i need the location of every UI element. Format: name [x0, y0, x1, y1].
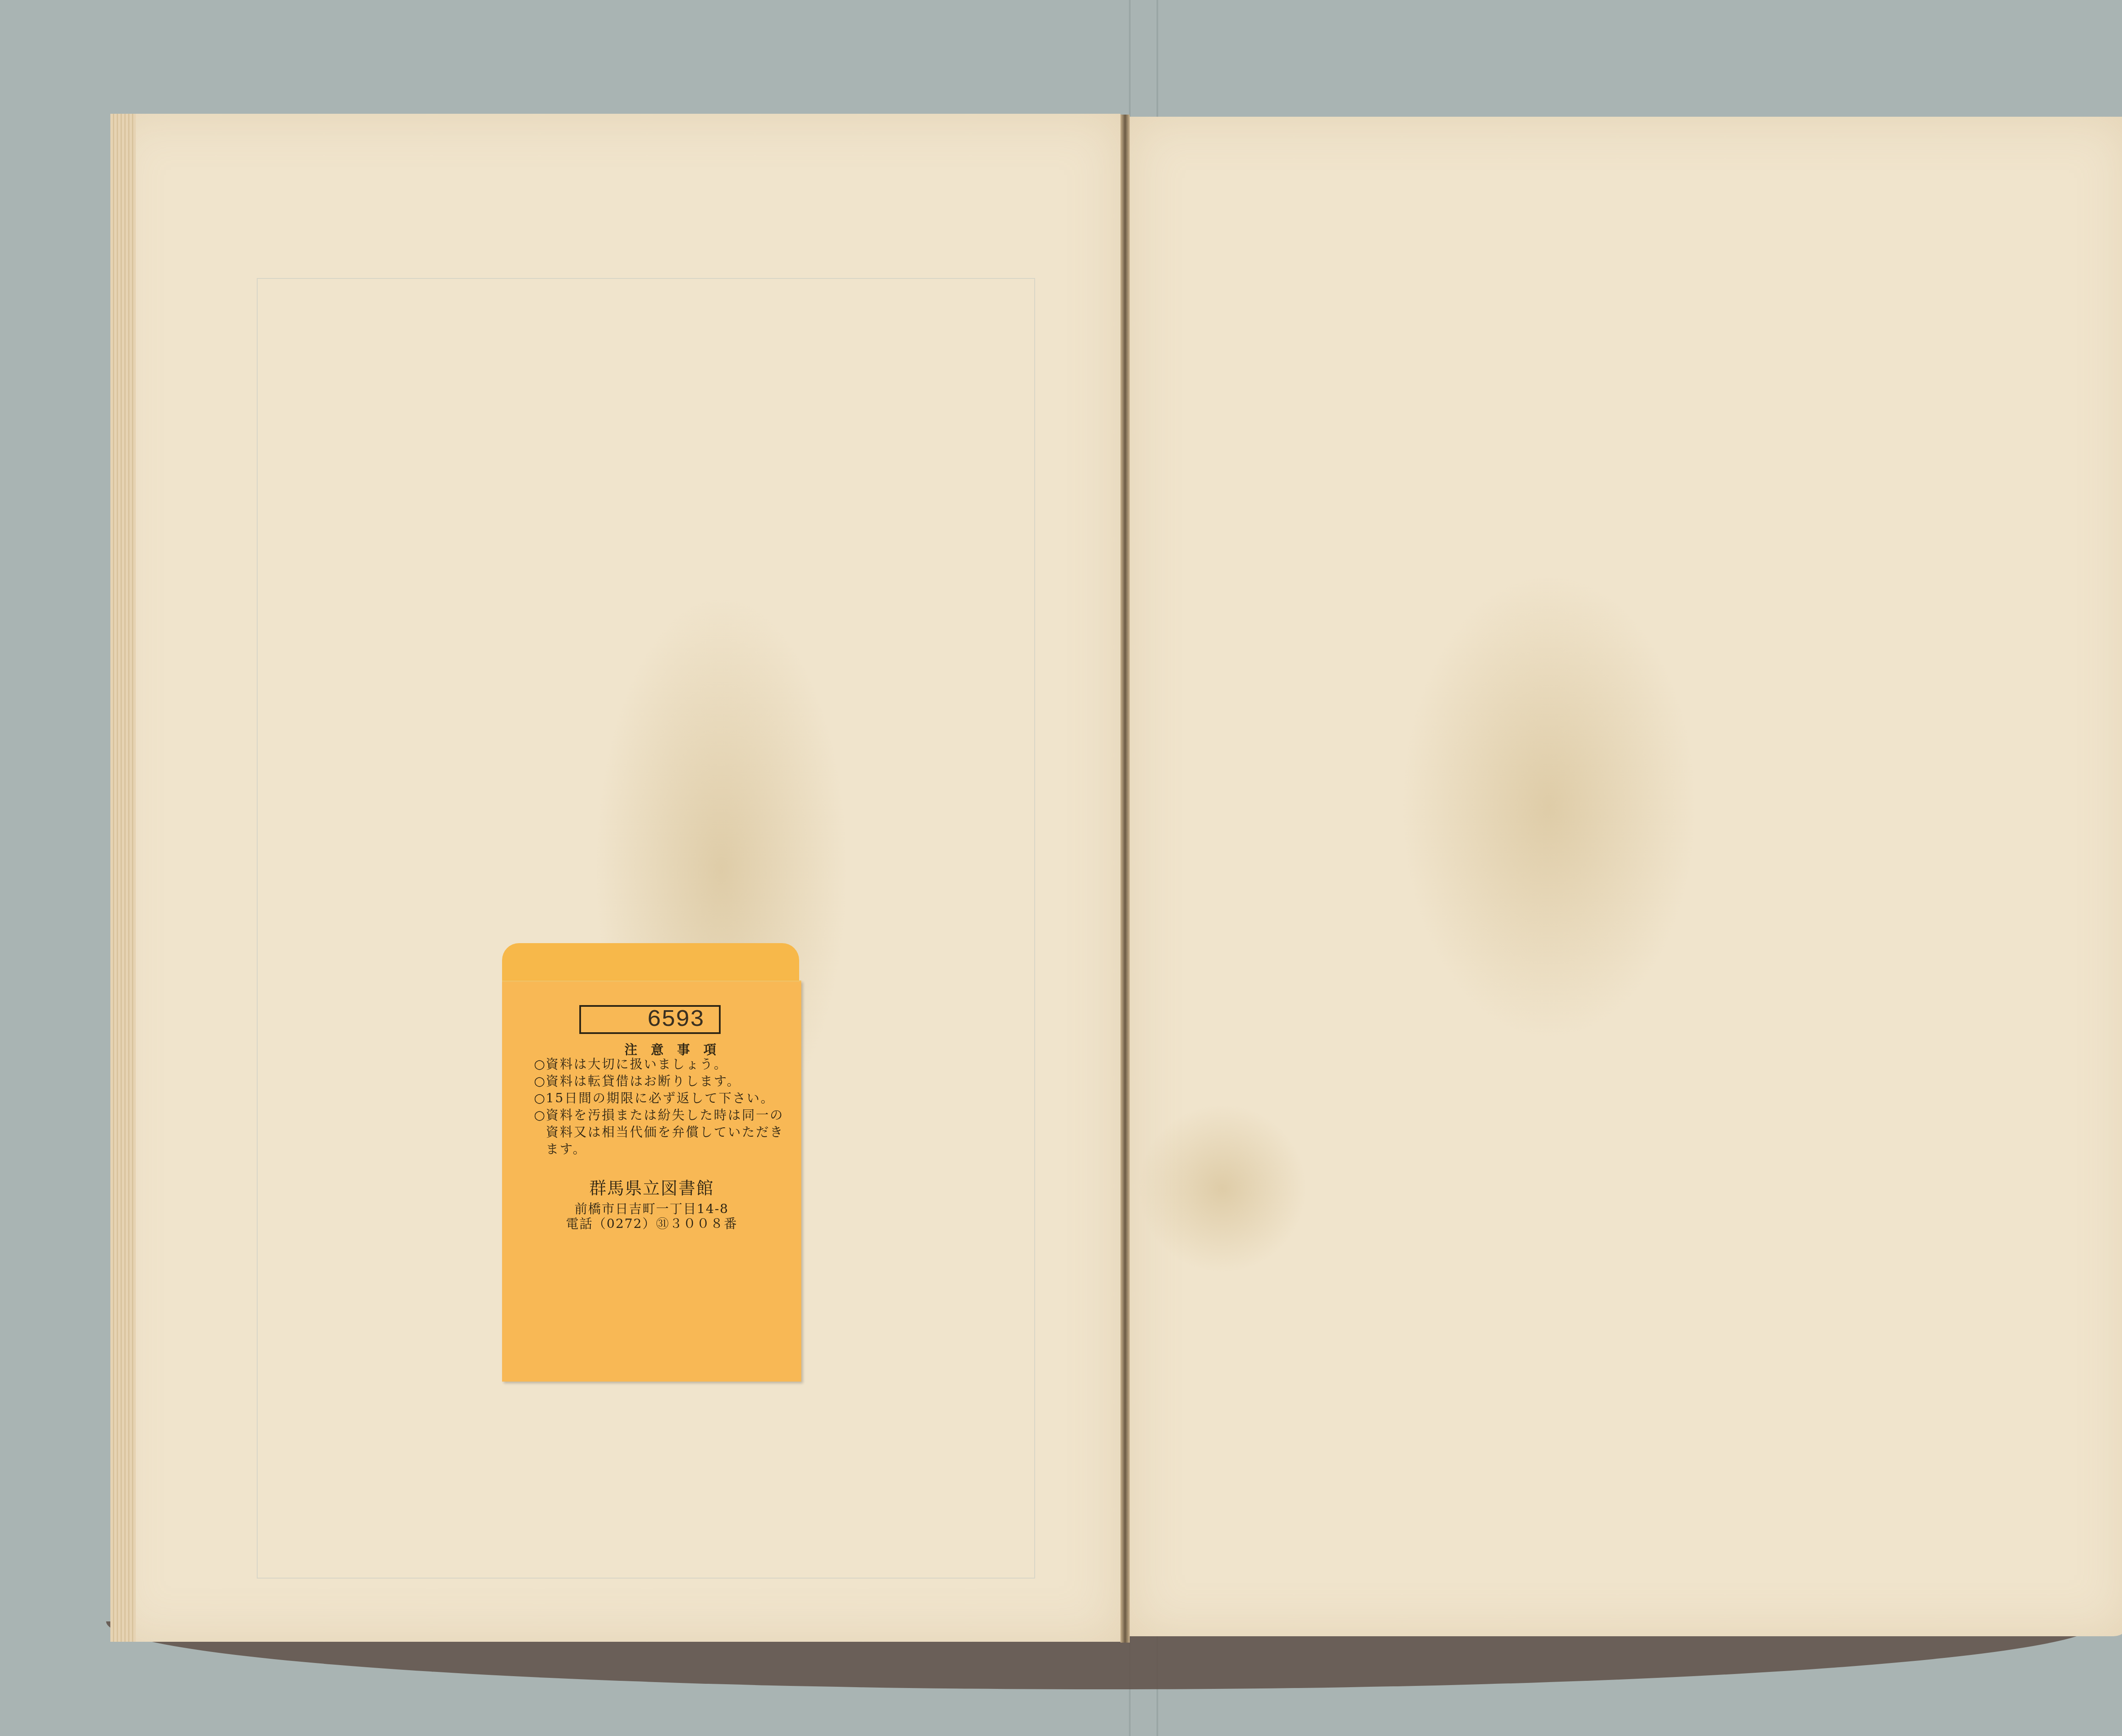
notice-rule: ○ 15日間の期限に必ず返して下さい。	[534, 1090, 797, 1107]
notice-title: 注意事項	[502, 1039, 827, 1058]
notice-rules: ○ 資料は大切に扱いましょう。 ○ 資料は転貸借はお断りします。 ○ 15日間の…	[534, 1056, 797, 1158]
circle-bullet-icon: ○	[534, 1090, 546, 1107]
library-phone: 電話（0272）㉛３００８番	[502, 1213, 801, 1232]
notice-rule: ○ 資料は転貸借はお断りします。	[534, 1073, 797, 1090]
book-gutter	[1120, 115, 1130, 1643]
foxing-stain	[1137, 1104, 1307, 1273]
pocket-sleeve: 6593 注意事項 ○ 資料は大切に扱いましょう。 ○ 資料は転貸借はお断りしま…	[502, 980, 801, 1382]
circle-bullet-icon: ○	[534, 1073, 546, 1090]
circle-bullet-icon: ○	[534, 1107, 546, 1158]
notice-rule: ○ 資料は大切に扱いましょう。	[534, 1056, 797, 1073]
library-name: 群馬県立図書館	[502, 1175, 801, 1199]
foxing-stain	[1401, 573, 1698, 1040]
library-card-pocket: 6593 注意事項 ○ 資料は大切に扱いましょう。 ○ 資料は転貸借はお断りしま…	[502, 943, 801, 1380]
call-number: 6593	[579, 1005, 721, 1034]
circle-bullet-icon: ○	[534, 1056, 546, 1073]
notice-rule: ○ 資料を汚損または紛失した時は同一の資料又は相当代価を弁償していただきます。	[534, 1107, 797, 1158]
page-edges	[110, 114, 136, 1642]
